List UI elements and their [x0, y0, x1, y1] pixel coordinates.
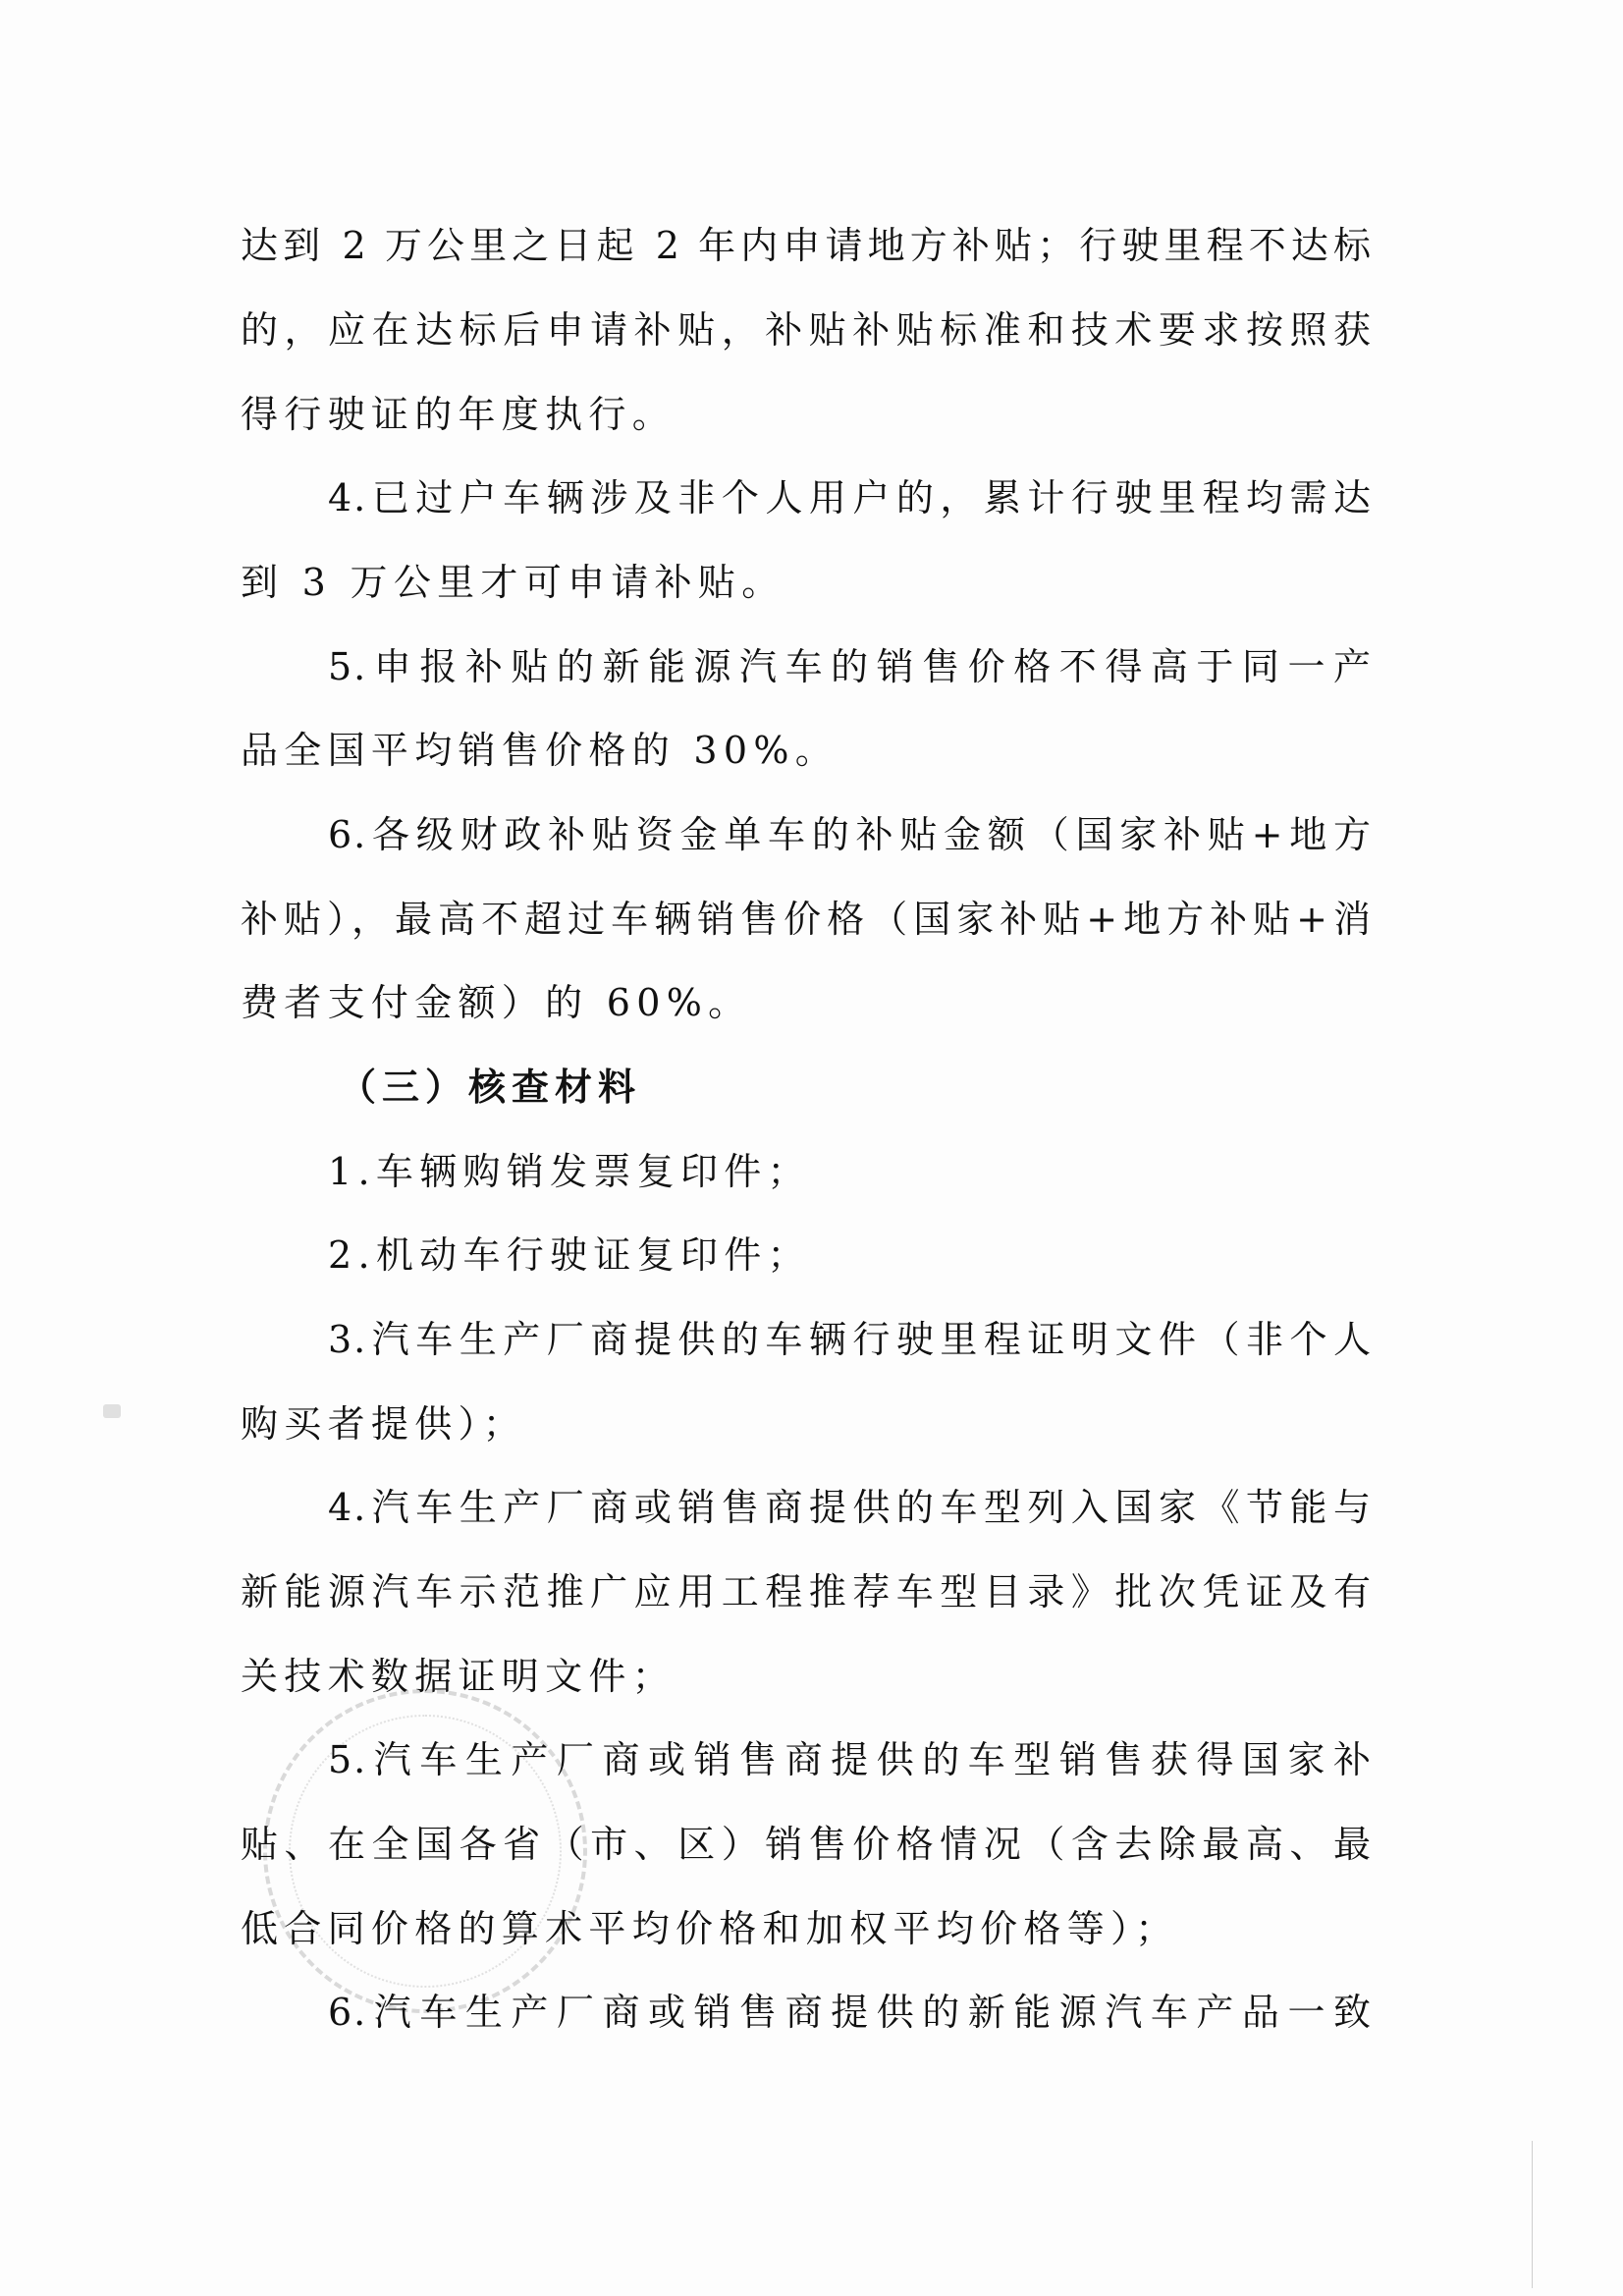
list-item-6-line: 补贴），最高不超过车辆销售价格（国家补贴+地方补贴+消: [241, 895, 1373, 944]
material-item-2: 2.机动车行驶证复印件；: [328, 1230, 1373, 1280]
list-item-4-line: 4.已过户车辆涉及非个人用户的，累计行驶里程均需达: [328, 473, 1373, 522]
scan-edge-line: [1532, 2141, 1533, 2288]
material-item-4-line: 4.汽车生产厂商或销售商提供的车型列入国家《节能与: [328, 1483, 1373, 1532]
material-item-5-line: 贴、在全国各省（市、区）销售价格情况（含去除最高、最: [241, 1820, 1373, 1869]
material-item-4-line: 新能源汽车示范推广应用工程推荐车型目录》批次凭证及有: [241, 1567, 1373, 1616]
material-item-5-line: 5.汽车生产厂商或销售商提供的车型销售获得国家补: [328, 1735, 1373, 1784]
document-page: 达到 2 万公里之日起 2 年内申请地方补贴；行驶里程不达标 的，应在达标后申请…: [0, 0, 1623, 2296]
material-item-3-line: 3.汽车生产厂商提供的车辆行驶里程证明文件（非个人: [328, 1315, 1373, 1364]
list-item-6-line: 费者支付金额）的 60%。: [241, 978, 1373, 1027]
material-item-4-line: 关技术数据证明文件；: [241, 1652, 1373, 1701]
list-item-4-line: 到 3 万公里才可申请补贴。: [241, 558, 1373, 607]
paragraph-line: 达到 2 万公里之日起 2 年内申请地方补贴；行驶里程不达标: [241, 221, 1373, 270]
section-heading: （三）核查材料: [339, 1063, 641, 1112]
list-item-5-line: 品全国平均销售价格的 30%。: [241, 726, 1373, 775]
material-item-6-line: 6.汽车生产厂商或销售商提供的新能源汽车产品一致: [328, 1988, 1373, 2037]
material-item-3-line: 购买者提供）；: [241, 1399, 1373, 1449]
scan-margin-mark: [103, 1404, 121, 1418]
paragraph-line: 得行驶证的年度执行。: [241, 390, 1373, 439]
paragraph-line: 的，应在达标后申请补贴，补贴补贴标准和技术要求按照获: [241, 305, 1373, 355]
material-item-1: 1.车辆购销发票复印件；: [328, 1147, 1373, 1196]
material-item-5-line: 低合同价格的算术平均价格和加权平均价格等）；: [241, 1904, 1373, 1953]
list-item-5-line: 5.申报补贴的新能源汽车的销售价格不得高于同一产: [328, 642, 1373, 691]
list-item-6-line: 6.各级财政补贴资金单车的补贴金额（国家补贴+地方: [328, 810, 1373, 859]
